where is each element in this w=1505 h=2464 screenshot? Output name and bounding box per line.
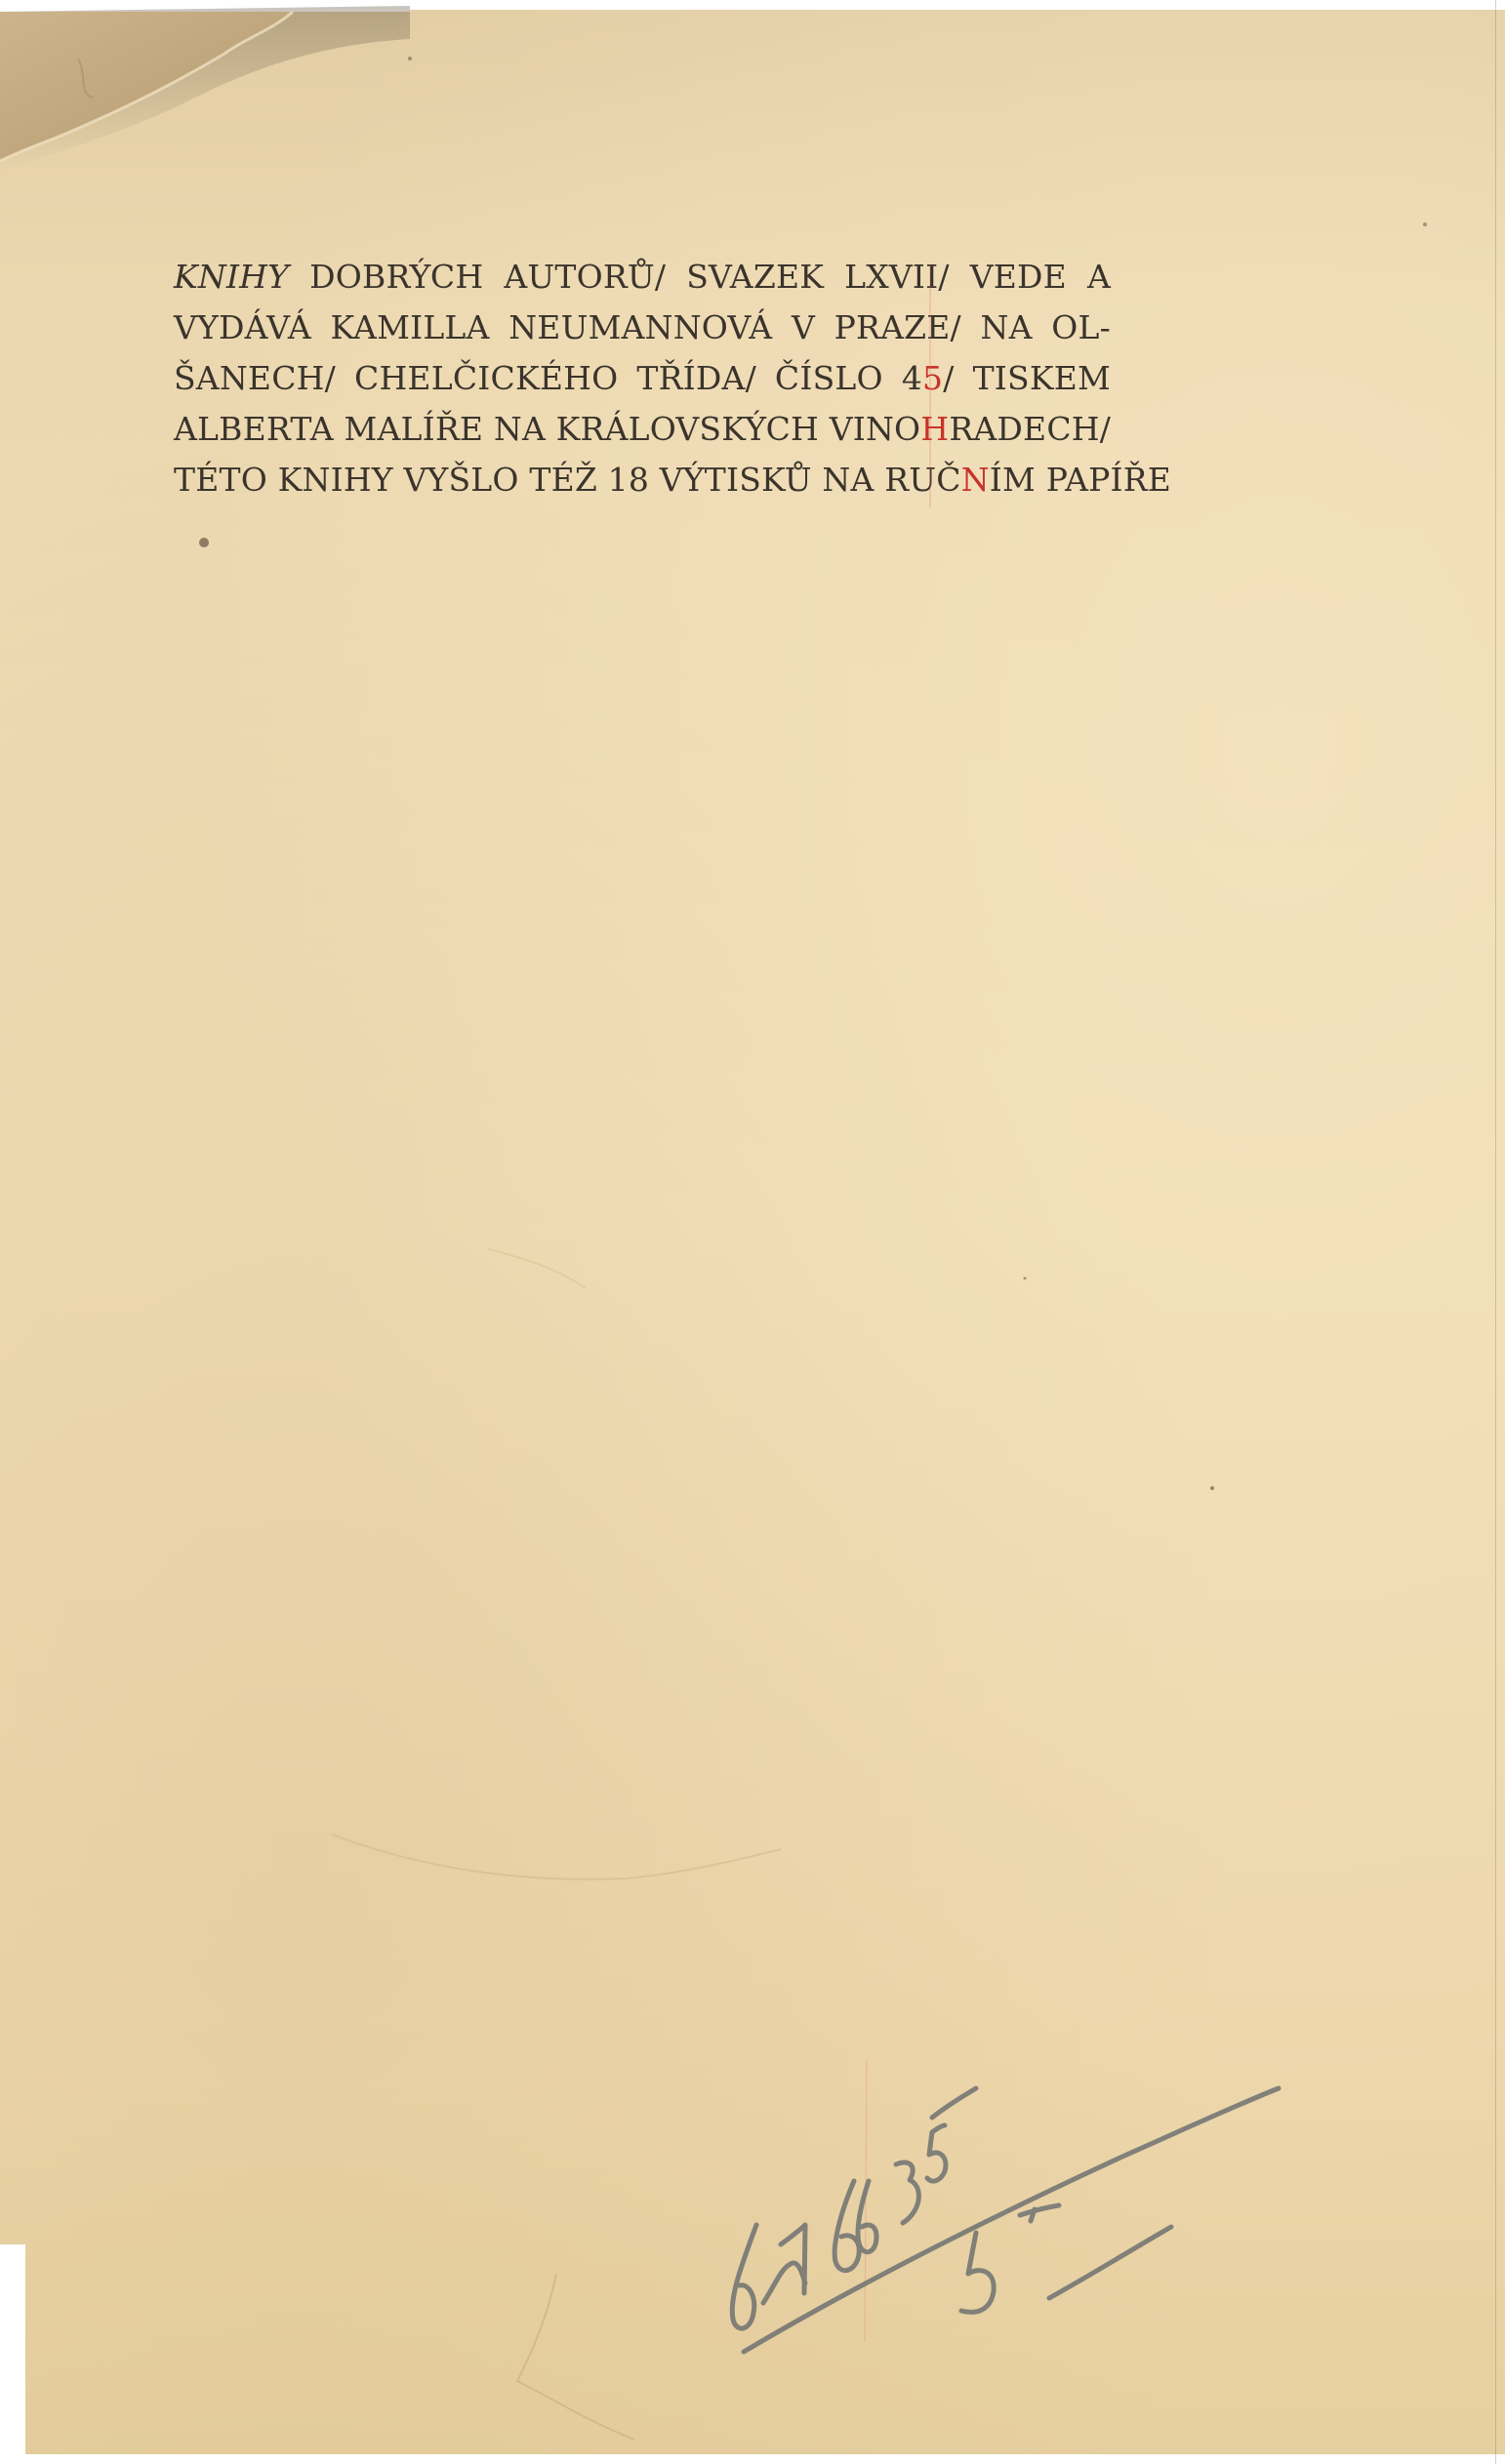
red-registration-mark: N [961, 461, 990, 499]
colophon-line-4-before: ALBERTA MALÍŘE NA KRÁLOVSKÝCH VINO [174, 410, 920, 448]
torn-corner-fold [0, 0, 410, 195]
colophon-line-2: VYDÁVÁ KAMILLA NEUMANNOVÁ V PRAZE/ NA OL… [174, 303, 1111, 353]
scan-margin [0, 2244, 25, 2464]
colophon-line-1: KNIHY DOBRÝCH AUTORŮ/ SVAZEK LXVII/ VEDE… [174, 252, 1111, 303]
colophon-line-5-before: TÉTO KNIHY VYŠLO TÉŽ 18 VÝTISKŮ NA RUČ [174, 461, 961, 499]
colophon-text: KNIHY DOBRÝCH AUTORŮ/ SVAZEK LXVII/ VEDE… [174, 252, 1111, 505]
colophon-line-4: ALBERTA MALÍŘE NA KRÁLOVSKÝCH VINOHRADEC… [174, 404, 1111, 455]
colophon-line-3-before: ŠANECH/ CHELČICKÉHO TŘÍDA/ ČÍSLO 4 [174, 359, 922, 397]
series-name-italic: KNIHY [174, 258, 289, 296]
colophon-line-4-after: RADECH/ [949, 410, 1111, 448]
colophon-line-5-after: ÍM PAPÍŘE [990, 461, 1171, 499]
red-registration-mark: 5 [922, 359, 943, 397]
page-edge [1495, 0, 1496, 2464]
colophon-line-1-text: DOBRÝCH AUTORŮ/ SVAZEK LXVII/ VEDE A [289, 258, 1111, 296]
handwritten-pencil-notes [683, 2049, 1464, 2391]
colophon-line-5: TÉTO KNIHY VYŠLO TÉŽ 18 VÝTISKŮ NA RUČNÍ… [174, 455, 1111, 505]
colophon-line-3-after: / TISKEM [943, 359, 1111, 397]
colophon-line-3: ŠANECH/ CHELČICKÉHO TŘÍDA/ ČÍSLO 45/ TIS… [174, 353, 1111, 404]
red-registration-mark: H [920, 410, 949, 448]
